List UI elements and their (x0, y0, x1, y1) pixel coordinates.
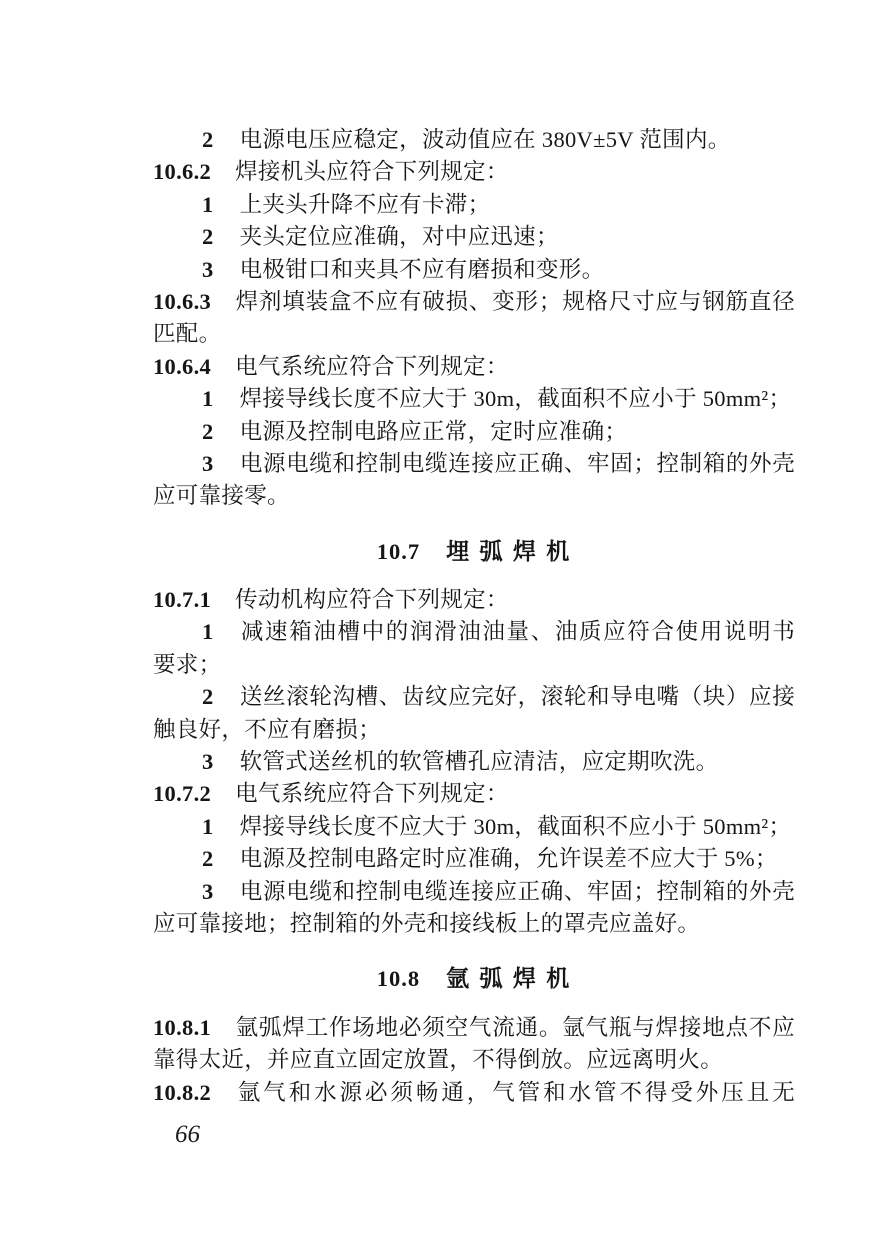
item-line: 2电源及控制电路定时应准确，允许误差不应大于 5%； (153, 843, 795, 875)
item-number: 1 (202, 192, 214, 217)
clause-line: 10.6.2焊接机头应符合下列规定： (153, 156, 795, 188)
item-line: 1减速箱油槽中的润滑油油量、油质应符合使用说明书 (153, 616, 795, 648)
line-text: 焊接导线长度不应大于 30m，截面积不应小于 50mm²； (240, 386, 792, 411)
clause-line: 10.8.2氩气和水源必须畅通，气管和水管不得受外压且无 (153, 1077, 795, 1109)
line-text: 电极钳口和夹具不应有磨损和变形。 (240, 257, 605, 282)
item-number: 1 (202, 386, 214, 411)
item-line: 3软管式送丝机的软管槽孔应清洁，应定期吹洗。 (153, 746, 795, 778)
continuation-line: 要求； (153, 649, 795, 681)
clause-number: 10.8.1 (153, 1015, 211, 1040)
line-text: 上夹头升降不应有卡滞； (240, 192, 491, 217)
clause-number: 10.8.2 (153, 1080, 211, 1105)
item-number: 2 (202, 846, 214, 871)
clause-line: 10.6.3焊剂填装盒不应有破损、变形；规格尺寸应与钢筋直径 (153, 286, 795, 318)
item-line: 2送丝滚轮沟槽、齿纹应完好，滚轮和导电嘴（块）应接 (153, 681, 795, 713)
item-number: 1 (202, 619, 214, 644)
item-line: 1焊接导线长度不应大于 30m，截面积不应小于 50mm²； (153, 383, 795, 415)
document-page: 2电源电压应稳定，波动值应在 380V±5V 范围内。10.6.2焊接机头应符合… (0, 0, 878, 1241)
clause-number: 10.6.3 (153, 289, 211, 314)
item-line: 3电源电缆和控制电缆连接应正确、牢固；控制箱的外壳 (153, 876, 795, 908)
continuation-line: 靠得太近，并应直立固定放置，不得倒放。应远离明火。 (153, 1044, 795, 1076)
item-number: 2 (202, 419, 214, 444)
item-line: 2夹头定位应准确，对中应迅速； (153, 221, 795, 253)
section-number: 10.8 (377, 966, 420, 991)
line-text: 电源及控制电路定时应准确，允许误差不应大于 5%； (240, 846, 778, 871)
line-text: 氩弧焊工作场地必须空气流通。氩气瓶与焊接地点不应 (235, 1015, 795, 1040)
item-number: 3 (202, 749, 214, 774)
clause-line: 10.7.1传动机构应符合下列规定： (153, 584, 795, 616)
line-text: 焊接机头应符合下列规定： (235, 159, 509, 184)
section-heading: 10.7埋 弧 焊 机 (153, 535, 795, 567)
line-text: 减速箱油槽中的润滑油油量、油质应符合使用说明书 (240, 619, 795, 644)
item-line: 3电源电缆和控制电缆连接应正确、牢固；控制箱的外壳 (153, 448, 795, 480)
clause-number: 10.7.1 (153, 587, 211, 612)
item-line: 3电极钳口和夹具不应有磨损和变形。 (153, 254, 795, 286)
line-text: 应可靠接地；控制箱的外壳和接线板上的罩壳应盖好。 (153, 911, 700, 936)
item-number: 2 (202, 684, 214, 709)
line-text: 焊剂填装盒不应有破损、变形；规格尺寸应与钢筋直径 (235, 289, 795, 314)
line-text: 夹头定位应准确，对中应迅速； (240, 224, 559, 249)
continuation-line: 应可靠接地；控制箱的外壳和接线板上的罩壳应盖好。 (153, 908, 795, 940)
section-heading: 10.8氩 弧 焊 机 (153, 962, 795, 994)
clause-line: 10.8.1氩弧焊工作场地必须空气流通。氩气瓶与焊接地点不应 (153, 1012, 795, 1044)
item-line: 1焊接导线长度不应大于 30m，截面积不应小于 50mm²； (153, 811, 795, 843)
line-text: 要求； (153, 652, 221, 677)
item-number: 1 (202, 814, 214, 839)
clause-line: 10.6.4电气系统应符合下列规定： (153, 351, 795, 383)
item-number: 2 (202, 127, 214, 152)
item-line: 2电源电压应稳定，波动值应在 380V±5V 范围内。 (153, 124, 795, 156)
page-number: 66 (153, 1119, 795, 1151)
clause-number: 10.6.2 (153, 159, 211, 184)
line-text: 电气系统应符合下列规定： (235, 354, 509, 379)
line-text: 焊接导线长度不应大于 30m，截面积不应小于 50mm²； (240, 814, 792, 839)
item-number: 3 (202, 451, 214, 476)
line-text: 传动机构应符合下列规定： (235, 587, 509, 612)
item-line: 2电源及控制电路应正常，定时应准确； (153, 416, 795, 448)
clause-number: 10.6.4 (153, 354, 211, 379)
item-line: 1上夹头升降不应有卡滞； (153, 189, 795, 221)
continuation-line: 应可靠接零。 (153, 480, 795, 512)
clause-number: 10.7.2 (153, 781, 211, 806)
line-text: 电源电缆和控制电缆连接应正确、牢固；控制箱的外壳 (240, 879, 795, 904)
line-text: 靠得太近，并应直立固定放置，不得倒放。应远离明火。 (153, 1047, 723, 1072)
line-text: 应可靠接零。 (153, 483, 290, 508)
line-text: 送丝滚轮沟槽、齿纹应完好，滚轮和导电嘴（块）应接 (240, 684, 795, 709)
section-title: 埋 弧 焊 机 (446, 538, 571, 564)
continuation-line: 匹配。 (153, 318, 795, 350)
line-text: 电源电缆和控制电缆连接应正确、牢固；控制箱的外壳 (240, 451, 795, 476)
line-text: 匹配。 (153, 321, 221, 346)
item-number: 2 (202, 224, 214, 249)
line-text: 触良好，不应有磨损； (153, 717, 381, 742)
clause-line: 10.7.2电气系统应符合下列规定： (153, 778, 795, 810)
section-title: 氩 弧 焊 机 (446, 965, 571, 991)
line-text: 软管式送丝机的软管槽孔应清洁，应定期吹洗。 (240, 749, 719, 774)
item-number: 3 (202, 879, 214, 904)
item-number: 3 (202, 257, 214, 282)
continuation-line: 触良好，不应有磨损； (153, 714, 795, 746)
page-content: 2电源电压应稳定，波动值应在 380V±5V 范围内。10.6.2焊接机头应符合… (153, 124, 795, 1151)
text-block: 2电源电压应稳定，波动值应在 380V±5V 范围内。10.6.2焊接机头应符合… (153, 124, 795, 1109)
line-text: 氩气和水源必须畅通，气管和水管不得受外压且无 (235, 1080, 795, 1105)
line-text: 电源及控制电路应正常，定时应准确； (240, 419, 628, 444)
section-number: 10.7 (377, 539, 420, 564)
line-text: 电源电压应稳定，波动值应在 380V±5V 范围内。 (240, 127, 731, 152)
line-text: 电气系统应符合下列规定： (235, 781, 509, 806)
